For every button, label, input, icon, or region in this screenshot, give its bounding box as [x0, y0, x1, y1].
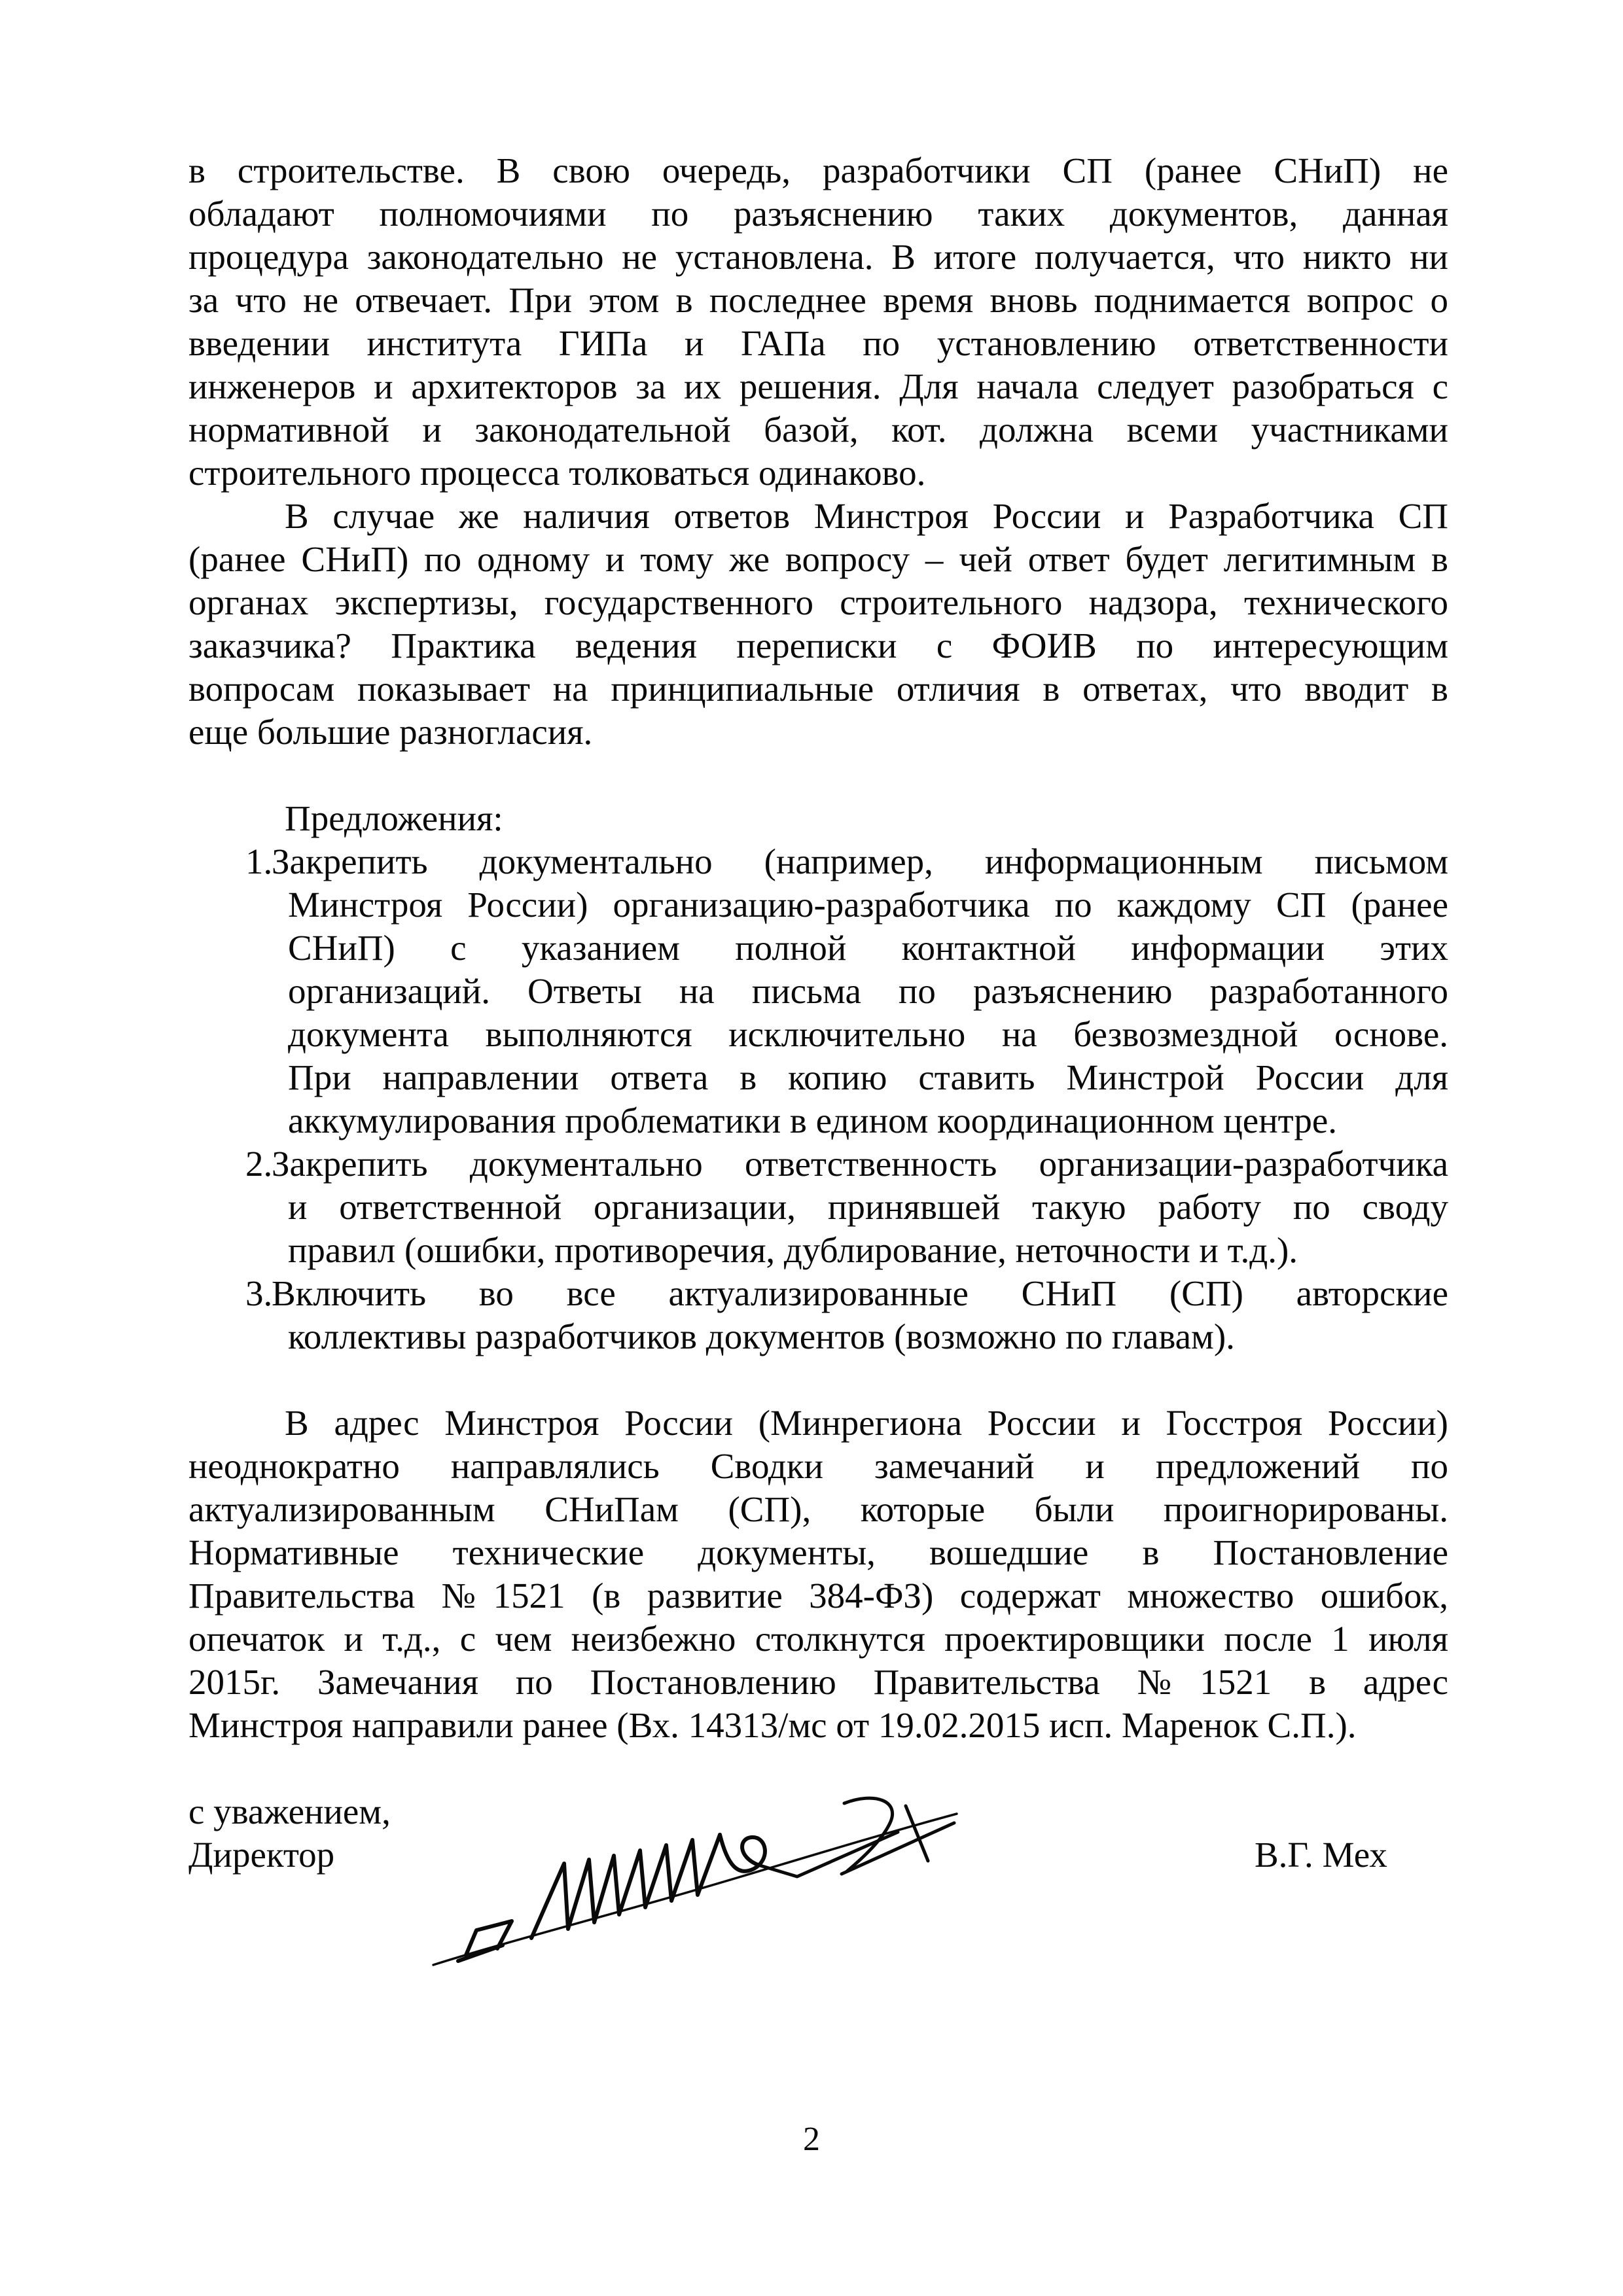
list-item-line: и ответственной организации, принявшей т…: [188, 1186, 1448, 1229]
list-item-text: Закрепить документально ответственность …: [272, 1144, 1448, 1184]
list-item-number: 1.: [245, 840, 272, 883]
list-item-number: 3.: [245, 1272, 272, 1315]
list-item-line: 1.Закрепить документально (например, инф…: [188, 840, 1448, 883]
para3-line: В адрес Минстроя России (Минрегиона Росс…: [188, 1402, 1448, 1445]
para1-line: строительного процесса толковаться одина…: [188, 451, 1448, 495]
list-item-line: организаций. Ответы на письма по разъясн…: [188, 970, 1448, 1013]
para3-line: неоднократно направлялись Сводки замечан…: [188, 1445, 1448, 1488]
signer-name: В.Г. Мех: [1255, 1833, 1387, 1877]
blank-line: [188, 1747, 1448, 1790]
list-item-line: СНиП) с указанием полной контактной инфо…: [188, 927, 1448, 970]
para3-line: Нормативные технические документы, вошед…: [188, 1531, 1448, 1574]
list-item-line: При направлении ответа в копию ставить М…: [188, 1056, 1448, 1099]
para2-line: органах экспертизы, государственного стр…: [188, 581, 1448, 624]
para2-line: заказчика? Практика ведения переписки с …: [188, 624, 1448, 667]
para1-line: нормативной и законодательной базой, кот…: [188, 408, 1448, 451]
list-item-line: документа выполняются исключительно на б…: [188, 1013, 1448, 1056]
para3-line: 2015г. Замечания по Постановлению Правит…: [188, 1661, 1448, 1704]
para1-line: процедура законодательно не установлена.…: [188, 236, 1448, 279]
para1-line: в строительстве. В свою очередь, разрабо…: [188, 149, 1448, 192]
list-item-line: 2.Закрепить документально ответственност…: [188, 1142, 1448, 1186]
list-item-line: аккумулирования проблематики в едином ко…: [188, 1099, 1448, 1142]
para2-line: вопросам показывает на принципиальные от…: [188, 667, 1448, 711]
closing-title: Директор: [188, 1835, 334, 1875]
para3-line: Правительства №1521 (в развитие 384-ФЗ) …: [188, 1574, 1448, 1617]
scanned-letter-page: { "page": { "number": "2" }, "body": { "…: [0, 0, 1623, 2296]
para3-line: актуализированным СНиПам (СП), которые б…: [188, 1488, 1448, 1531]
blank-line: [188, 754, 1448, 797]
proposals-heading: Предложения:: [188, 797, 1448, 840]
signature-scrawl: [412, 1790, 975, 1979]
para1-line: обладают полномочиями по разъяснению так…: [188, 192, 1448, 236]
para3-line: опечаток и т.д., с чем неизбежно столкну…: [188, 1617, 1448, 1661]
list-item-line: Минстроя России) организацию-разработчик…: [188, 883, 1448, 927]
list-item-line: 3.Включить во все актуализированные СНиП…: [188, 1272, 1448, 1315]
list-item-line: коллективы разработчиков документов (воз…: [188, 1315, 1448, 1358]
list-item-text: Включить во все актуализированные СНиП (…: [272, 1273, 1448, 1313]
blank-line: [188, 1358, 1448, 1402]
letter-body: в строительстве. В свою очередь, разрабо…: [188, 149, 1448, 1877]
page-number: 2: [0, 2118, 1623, 2161]
para3-line: Минстроя направили ранее (Вх. 14313/мс о…: [188, 1704, 1448, 1747]
para2-line: (ранее СНиП) по одному и тому же вопросу…: [188, 538, 1448, 581]
list-item-line: правил (ошибки, противоречия, дублирован…: [188, 1229, 1448, 1272]
list-item-number: 2.: [245, 1142, 272, 1186]
para1-line: за что не отвечает. При этом в последнее…: [188, 279, 1448, 322]
para2-line: В случае же наличия ответов Минстроя Рос…: [188, 495, 1448, 538]
para2-line: еще большие разногласия.: [188, 711, 1448, 754]
para1-line: введении института ГИПа и ГАПа по устано…: [188, 322, 1448, 365]
para1-line: инженеров и архитекторов за их решения. …: [188, 365, 1448, 408]
list-item-text: Закрепить документально (например, инфор…: [272, 841, 1448, 881]
